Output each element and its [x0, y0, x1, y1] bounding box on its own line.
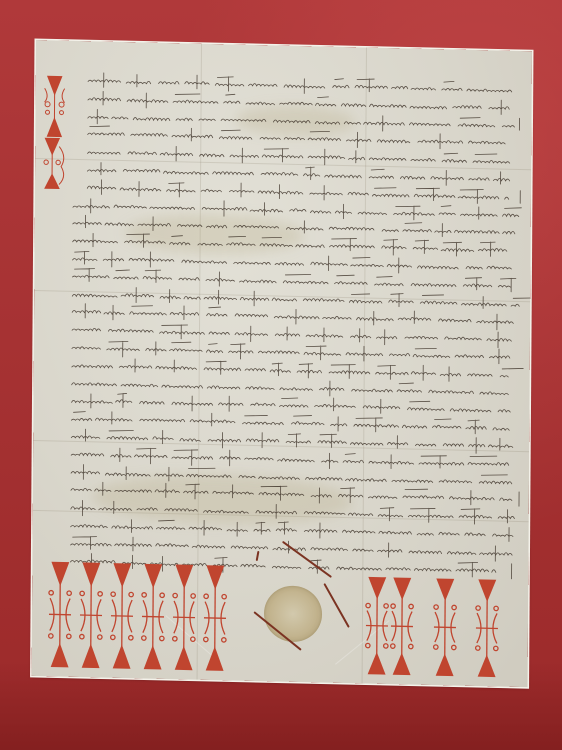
ornamental-monogram-icon [201, 564, 230, 673]
ornamental-monogram-icon [430, 577, 461, 678]
ornamental-monogram-icon [170, 563, 199, 672]
ornamental-monogram-icon [46, 560, 75, 669]
ornamental-monogram-icon [139, 562, 168, 671]
ornamental-monogram-icon [108, 562, 137, 671]
ornamental-monogram-icon [77, 561, 106, 670]
ornamental-initial-icon [41, 136, 67, 191]
ornamental-initial-icon [41, 74, 67, 139]
charter-body-text [66, 71, 517, 579]
ornamental-monogram-icon [387, 576, 418, 677]
signature-monograms [32, 553, 529, 679]
ornamental-monogram-icon [472, 578, 503, 679]
parchment-charter [32, 40, 532, 687]
